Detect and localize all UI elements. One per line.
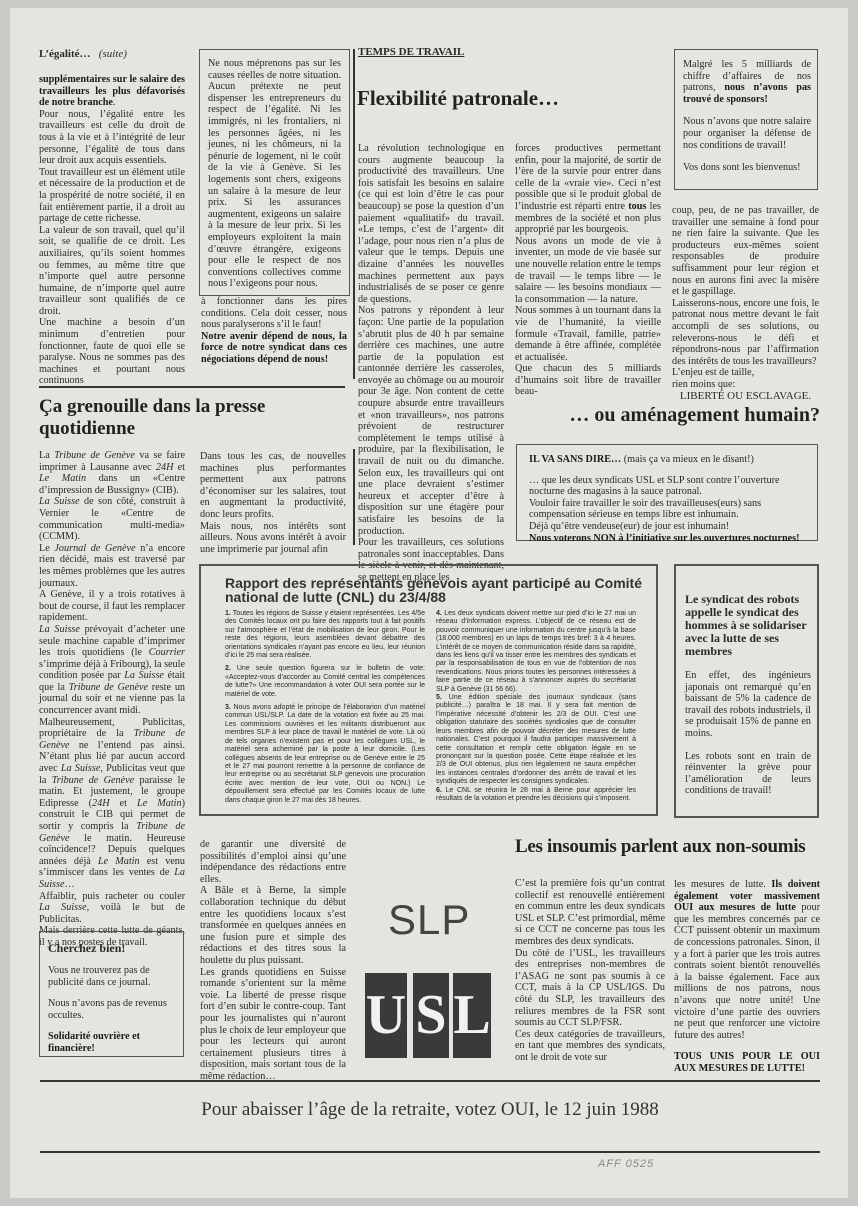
egalite-paragraph: Une machine a besoin d’un minimum d’entr… xyxy=(39,317,185,387)
egalite-bold-intro: supplémentaires sur le salaire des trava… xyxy=(39,74,185,108)
usl-logo-l: L xyxy=(453,973,491,1058)
newspaper-page: L’égalité… (suite) supplémentaires sur l… xyxy=(10,8,848,1198)
footer-divider-top xyxy=(40,1080,820,1082)
egalite-paragraph: Tout travailleur est un élément utile et… xyxy=(39,167,185,225)
presse-paragraph: La Suisse prévoyait d’acheter une seule … xyxy=(39,624,185,717)
rapport-col-left: 1. Toutes les régions de Suisse y étaien… xyxy=(225,610,425,805)
egalite-continuation: à fonctionner dans les pires conditions.… xyxy=(201,296,347,366)
cherchez-box: Cherchez bien! Vous ne trouverez pas de … xyxy=(39,931,184,1057)
egalite-box: Ne nous méprenons pas sur les causes rée… xyxy=(199,49,350,296)
egalite-suite: (suite) xyxy=(99,48,127,60)
robots-box: Le syndicat des robots appelle le syndic… xyxy=(674,564,819,818)
presse-paragraph: Le Journal de Genève n’a encore rien déc… xyxy=(39,543,185,589)
flexibilite-title: Flexibilité patronale… xyxy=(357,86,559,111)
footer-slogan: Pour abaisser l’âge de la retraite, vote… xyxy=(40,1099,820,1121)
section-divider xyxy=(39,386,345,388)
flexibilite-col3: coup, peu, de ne pas travailler, de trav… xyxy=(672,205,819,402)
presse-title: Ça grenouille dans la presse quotidienne xyxy=(39,396,339,440)
flexibilite-col1: La révolution technologique en cours aug… xyxy=(358,143,504,584)
archive-mark: AFF 0525 xyxy=(598,1158,654,1170)
column-divider xyxy=(353,449,355,545)
insoumis-col2: les mesures de lutte. Ils doivent égalem… xyxy=(674,879,820,1075)
egalite-bold-end: Notre avenir dépend de nous, la force de… xyxy=(201,331,347,365)
sponsors-box: Malgré les 5 milliards de chiffre d’affa… xyxy=(674,49,818,190)
sans-dire-box: IL VA SANS DIRE… (mais ça va mieux en le… xyxy=(516,444,818,541)
usl-logo-s: S xyxy=(413,973,449,1058)
presse-paragraph: La Suisse de son côté, construit à Verni… xyxy=(39,496,185,542)
presse-col2: Dans tous les cas, de nouvelles machines… xyxy=(200,451,346,555)
presse-paragraph: Affaiblir, puis racheter ou couler La Su… xyxy=(39,891,185,926)
insoumis-title: Les insoumis parlent aux non-soumis xyxy=(515,836,805,858)
flexibilite-col2: forces productives permettant enfin, pou… xyxy=(515,143,661,398)
presse-col1: La Tribune de Genève va se faire imprime… xyxy=(39,450,185,949)
flexibilite-kicker: TEMPS DE TRAVAIL xyxy=(358,46,464,58)
insoumis-col1: C’est la première fois qu’un contrat col… xyxy=(515,878,665,1064)
egalite-body: supplémentaires sur le salaire des trava… xyxy=(39,74,185,387)
flexibilite-subtitle: … ou aménagement humain? xyxy=(560,404,820,427)
usl-logo-u: U xyxy=(365,973,407,1058)
insoumis-closing: TOUS UNIS POUR LE OUI AUX MESURES DE LUT… xyxy=(674,1051,820,1074)
egalite-paragraph: Pour nous, l’égalité entre les travaille… xyxy=(39,109,185,167)
robots-title: Le syndicat des robots appelle le syndic… xyxy=(685,593,811,658)
egalite-header: L’égalité… (suite) xyxy=(39,48,189,60)
presse-col2-continued: de garantir une diversité de possibilité… xyxy=(200,839,346,1082)
egalite-box-text: Ne nous méprenons pas sur les causes rée… xyxy=(208,58,341,290)
flexibilite-closing: LIBERTÉ OU ESCLAVAGE. xyxy=(672,391,819,403)
presse-paragraph: Malheureusement, Publicitas, propriétair… xyxy=(39,717,185,891)
rapport-box: Rapport des représentants genevois ayant… xyxy=(199,564,658,816)
slp-logo: SLP xyxy=(388,896,470,944)
presse-paragraph: La Tribune de Genève va se faire imprime… xyxy=(39,450,185,496)
column-divider xyxy=(353,49,355,379)
footer-divider-bottom xyxy=(40,1151,820,1153)
rapport-col-right: 4. Les deux syndicats doivent mettre sur… xyxy=(436,610,636,803)
egalite-paragraph: La valeur de son travail, quel qu’il soi… xyxy=(39,225,185,318)
cherchez-title: Cherchez bien! xyxy=(48,941,125,956)
egalite-title: L’égalité… xyxy=(39,48,91,60)
presse-paragraph: A Genève, il y a trois rotatives à bout … xyxy=(39,589,185,624)
rapport-title: Rapport des représentants genevois ayant… xyxy=(225,576,645,604)
robots-text: En effet, des ingénieurs japonais ont re… xyxy=(685,670,811,797)
